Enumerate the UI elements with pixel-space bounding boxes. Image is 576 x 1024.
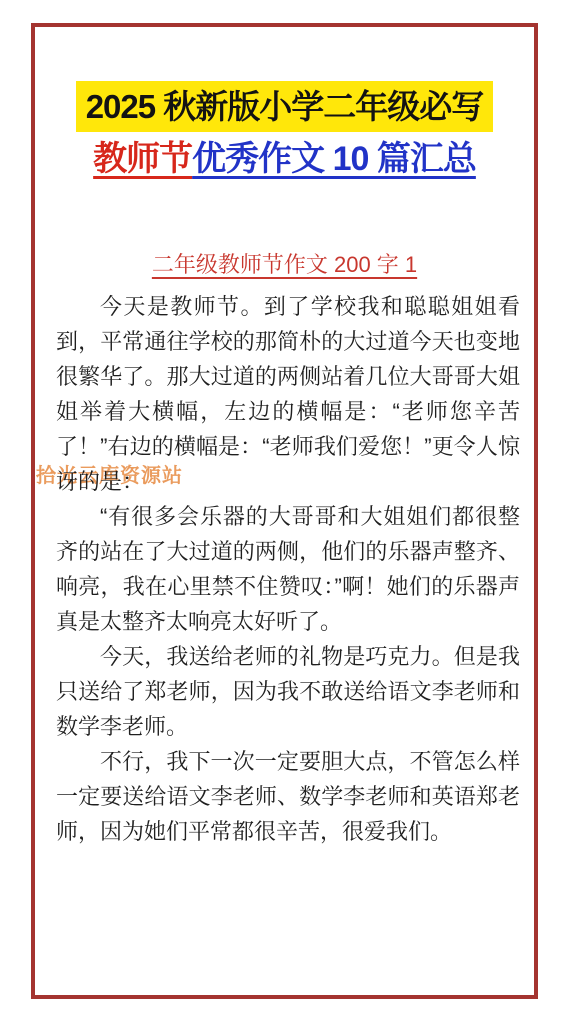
essay-paragraph-1: 今天是教师节。到了学校我和聪聪姐姐看到，平常通往学校的那简朴的大过道今天也变地很…: [56, 289, 520, 499]
title-line1: 2025 秋新版小学二年级必写: [76, 81, 494, 132]
document-frame: 2025 秋新版小学二年级必写 教师节优秀作文 10 篇汇总 二年级教师节作文 …: [31, 23, 538, 999]
essay-paragraph-2: “有很多会乐器的大哥哥和大姐姐们都很整齐的站在了大过道的两侧，他们的乐器声整齐、…: [56, 499, 520, 639]
essay-body: 今天是教师节。到了学校我和聪聪姐姐看到，平常通往学校的那简朴的大过道今天也变地很…: [35, 289, 534, 849]
essay-paragraph-3: 今天，我送给老师的礼物是巧克力。但是我只送给了郑老师，因为我不敢送给语文李老师和…: [56, 639, 520, 744]
essay-subtitle: 二年级教师节作文 200 字 1: [35, 248, 534, 279]
document-header: 2025 秋新版小学二年级必写 教师节优秀作文 10 篇汇总: [35, 81, 534, 184]
title-line2-red-part: 教师节: [93, 140, 192, 178]
title-line2: 教师节优秀作文 10 篇汇总: [35, 136, 534, 184]
essay-paragraph-4: 不行，我下一次一定要胆大点，不管怎么样一定要送给语文李老师、数学李老师和英语郑老…: [56, 744, 520, 849]
title-line2-blue-part: 优秀作文 10 篇汇总: [192, 140, 476, 178]
